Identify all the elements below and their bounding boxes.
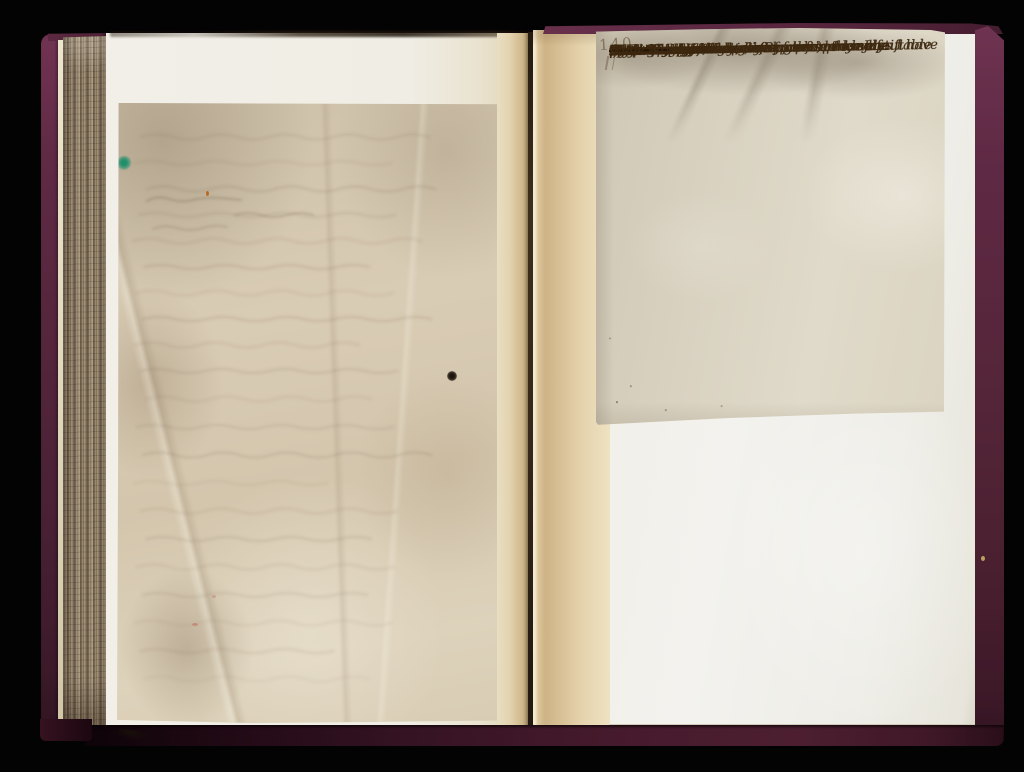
book-cover-left-edge bbox=[41, 34, 59, 738]
ink-dot bbox=[447, 371, 457, 381]
bleedthrough-writing-svg bbox=[117, 103, 505, 723]
green-accession-mark bbox=[118, 156, 133, 171]
book-cover-right-edge bbox=[975, 26, 1004, 742]
pink-speck bbox=[212, 595, 216, 598]
book-cover-bottom-left-corner bbox=[40, 719, 92, 741]
left-page-gutter-curve bbox=[497, 33, 530, 727]
page-stack-fore-edge bbox=[63, 36, 109, 728]
orange-speck bbox=[206, 191, 209, 196]
manuscript-segment: some Noble ones. bbox=[609, 42, 730, 59]
book-cover-bottom-edge bbox=[84, 725, 1004, 746]
left-page-soiled-top-edge bbox=[110, 31, 530, 37]
endpaper-edge bbox=[58, 40, 63, 730]
archive-book-photo: 140 And by this time (Pyroph:) presumes … bbox=[0, 0, 1024, 772]
yellow-speck bbox=[981, 556, 985, 561]
manuscript-fragment: 140 And by this time (Pyroph:) presumes … bbox=[596, 28, 945, 426]
pink-speck bbox=[192, 623, 198, 626]
mounted-parchment-verso bbox=[117, 103, 505, 723]
